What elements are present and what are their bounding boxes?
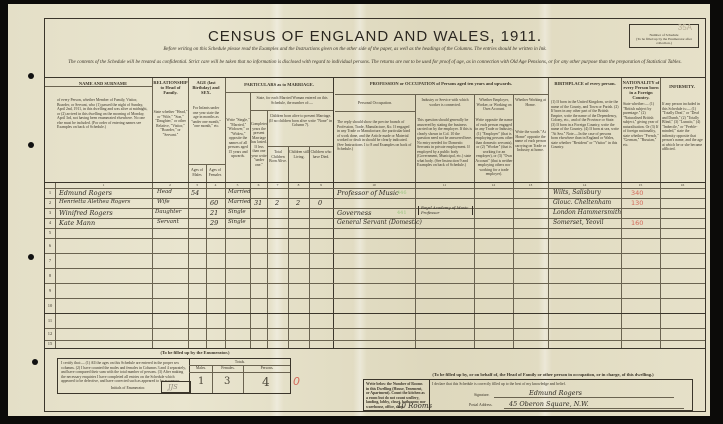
header-marriage-condition: Write "Single," "Married," "Widower," or… bbox=[226, 118, 250, 159]
occupation-code: 441 bbox=[397, 210, 407, 216]
document-title: CENSUS OF ENGLAND AND WALES, 1911. bbox=[45, 28, 705, 45]
age-female: 21 bbox=[210, 209, 218, 217]
head-box: Write below the Number of Rooms in this … bbox=[363, 379, 693, 411]
relationship: Wife bbox=[157, 199, 170, 205]
person-name: Kate Mann bbox=[59, 219, 95, 227]
row-number: 9 bbox=[46, 288, 54, 293]
age-male: 54 bbox=[191, 189, 199, 197]
marriage-years: 31 bbox=[254, 199, 262, 207]
col-num-10: 10 bbox=[333, 183, 415, 187]
household-table: NAME AND SURNAME of every Person, whethe… bbox=[45, 77, 705, 348]
birthplace-code: 340 bbox=[631, 189, 643, 197]
person-name: Edmund Rogers bbox=[59, 189, 112, 197]
header-living: Children still Living. bbox=[289, 150, 309, 159]
confidentiality-notice: The contents of the Schedule will be tre… bbox=[59, 60, 691, 66]
row-number: 10 bbox=[46, 303, 54, 308]
schedule-number-note: (To be filled up by the Enumerator after… bbox=[630, 37, 698, 45]
document-subtitle: Before writing on this Schedule please r… bbox=[65, 47, 645, 52]
header-personal-occupation: Personal Occupation. bbox=[335, 100, 415, 105]
relationship: Head bbox=[157, 189, 172, 195]
col-num-5: 5 bbox=[225, 183, 250, 187]
marital-condition: Single bbox=[228, 219, 246, 225]
col-num-7: 7 bbox=[267, 183, 288, 187]
enumerator-heading: (To be filled up by the Enumerator.) bbox=[85, 350, 305, 355]
header-birthplace-instructions: (1) If born in the United Kingdom, write… bbox=[551, 100, 619, 150]
punch-hole-icon bbox=[28, 142, 34, 148]
header-infirmity-instructions: If any person included in this Schedule … bbox=[662, 102, 703, 152]
header-nationality-instructions: State whether:— (1) "British subject by … bbox=[623, 102, 659, 147]
occupation-code: 446 bbox=[397, 190, 407, 196]
females-label: Females. bbox=[213, 366, 243, 371]
col-num-11: 11 bbox=[415, 183, 474, 187]
birthplace: Wilts, Salisbury bbox=[553, 189, 601, 196]
header-industry-instructions: This question should generally be answer… bbox=[417, 118, 473, 168]
header-relationship: RELATIONSHIP to Head of Family. bbox=[153, 80, 188, 95]
col-num-15: 15 bbox=[621, 183, 660, 187]
header-name-instructions: of every Person, whether Member of Famil… bbox=[57, 98, 149, 130]
total-females: 3 bbox=[224, 376, 230, 387]
industry: Royal Academy of Music Professor bbox=[418, 206, 473, 215]
col-num-4: 4 bbox=[206, 183, 225, 187]
marital-condition: Single bbox=[228, 209, 246, 215]
punch-hole-icon bbox=[28, 73, 34, 79]
males-label: Males. bbox=[190, 366, 212, 371]
person-name: Henrietta Alethea Rogers bbox=[59, 199, 130, 205]
total-males: 1 bbox=[198, 376, 204, 387]
schedule-frame: CENSUS OF ENGLAND AND WALES, 1911. Befor… bbox=[44, 18, 706, 412]
head-heading: (To be filled up by, or on behalf of, th… bbox=[423, 372, 663, 377]
relationship: Servant bbox=[157, 219, 179, 225]
postal-address: 45 Oberon Square, N.W. bbox=[509, 400, 589, 408]
header-nationality: NATIONALITY of every Person born in a Fo… bbox=[622, 80, 660, 100]
signature: Edmund Rogers bbox=[529, 389, 582, 397]
marital-condition: Married bbox=[228, 189, 251, 195]
children-born: 2 bbox=[275, 199, 279, 207]
col-num-12: 12 bbox=[474, 183, 513, 187]
occupation: Governess bbox=[337, 209, 371, 217]
enumerator-initials: JJS bbox=[168, 383, 178, 391]
total-persons: 4 bbox=[262, 375, 270, 389]
header-at-home-instructions: Write the words "At Home" opposite the n… bbox=[514, 130, 547, 153]
number-of-rooms: 10 Rooms bbox=[397, 402, 432, 410]
col-num-2: 2 bbox=[152, 183, 188, 187]
occupation: Professor of Music bbox=[337, 189, 399, 197]
occupation: General Servant (Domestic) bbox=[337, 219, 422, 226]
header-employer: Whether Employer, Worker, or Working on … bbox=[475, 98, 513, 112]
row-number: 5 bbox=[46, 230, 54, 235]
header-children: Children born alive to present Marriage.… bbox=[268, 114, 333, 128]
row-number: 12 bbox=[46, 331, 54, 336]
birthplace: Somerset, Yeovil bbox=[553, 219, 604, 226]
col-num-1: 1 bbox=[55, 183, 152, 187]
children-living: 2 bbox=[296, 199, 300, 207]
header-total-born: Total Children Born Alive. bbox=[268, 150, 288, 164]
col-num-14: 14 bbox=[548, 183, 621, 187]
enumerator-box: I certify that:— (1) All the ages on thi… bbox=[57, 358, 291, 394]
header-birthplace: BIRTHPLACE of every person. bbox=[549, 81, 621, 86]
initials-box: JJS bbox=[161, 381, 191, 393]
header-married-women: State, for each Married Woman entered on… bbox=[251, 96, 333, 105]
birthplace: Glouc. Cheltenham bbox=[553, 199, 611, 206]
header-industry: Industry or Service with which worker is… bbox=[416, 98, 474, 107]
col-num-16: 16 bbox=[660, 183, 705, 187]
row-number: 8 bbox=[46, 273, 54, 278]
row-number: 7 bbox=[46, 258, 54, 263]
address-label: Postal Address. bbox=[469, 403, 514, 408]
header-infirmity: INFIRMITY. bbox=[661, 84, 703, 89]
row-number: 3 bbox=[46, 210, 54, 215]
children-died: 0 bbox=[318, 199, 322, 207]
row-number: 11 bbox=[46, 318, 54, 323]
birthplace-code: 160 bbox=[631, 219, 643, 227]
schedule-number: 35A bbox=[678, 26, 692, 30]
header-age-females: Ages of Females bbox=[206, 168, 224, 177]
header-died: Children who have Died. bbox=[310, 150, 332, 159]
marital-condition: Married bbox=[228, 199, 251, 205]
totals-label: Totals. bbox=[190, 360, 290, 365]
census-schedule-page: CENSUS OF ENGLAND AND WALES, 1911. Befor… bbox=[8, 4, 710, 416]
declaration: I declare that this Schedule is correctl… bbox=[432, 382, 652, 387]
row-number: 6 bbox=[46, 243, 54, 248]
header-age: AGE (last Birthday) and SEX. bbox=[188, 80, 224, 95]
age-female: 60 bbox=[210, 199, 218, 207]
relationship: Daughter bbox=[155, 209, 181, 215]
birthplace: London Hammersmith bbox=[553, 209, 621, 216]
header-personal-occupation-instructions: The reply should show the precise branch… bbox=[337, 120, 413, 152]
persons-label: Persons. bbox=[244, 366, 290, 371]
header-employer-instructions: Write opposite the name of each person e… bbox=[475, 118, 513, 177]
header-age-instructions: For Infants under one year state the age… bbox=[190, 106, 222, 129]
header-relationship-instructions: State whether "Head," or "Wife," "Son," … bbox=[153, 110, 188, 137]
age-female: 29 bbox=[210, 219, 218, 227]
col-num-3: 3 bbox=[188, 183, 206, 187]
col-num-8: 8 bbox=[288, 183, 309, 187]
header-age-males: Ages of Males bbox=[188, 168, 206, 177]
punch-hole-icon bbox=[32, 359, 38, 365]
row-number: 2 bbox=[46, 200, 54, 205]
header-at-home: Whether Working at Home. bbox=[514, 98, 547, 107]
header-occupation: PROFESSION or OCCUPATION of Persons aged… bbox=[335, 81, 547, 86]
header-marriage-years: Completed years the present Marriage has… bbox=[251, 122, 267, 167]
red-check-mark: 0 bbox=[293, 375, 300, 388]
person-name: Winifred Rogers bbox=[59, 209, 113, 217]
col-num-9: 9 bbox=[309, 183, 333, 187]
birthplace-code: 130 bbox=[631, 199, 643, 207]
row-number: 15 bbox=[46, 341, 54, 346]
col-num-13: 13 bbox=[513, 183, 548, 187]
row-number: 1 bbox=[46, 190, 54, 195]
schedule-number-box: 35A Number of Schedule (To be filled up … bbox=[629, 24, 699, 48]
col-num-6: 6 bbox=[250, 183, 267, 187]
punch-hole-icon bbox=[28, 254, 34, 260]
row-number: 4 bbox=[46, 220, 54, 225]
header-marriage: PARTICULARS as to MARRIAGE. bbox=[225, 82, 333, 87]
initials-label: Initials of Enumerator. bbox=[98, 386, 158, 391]
